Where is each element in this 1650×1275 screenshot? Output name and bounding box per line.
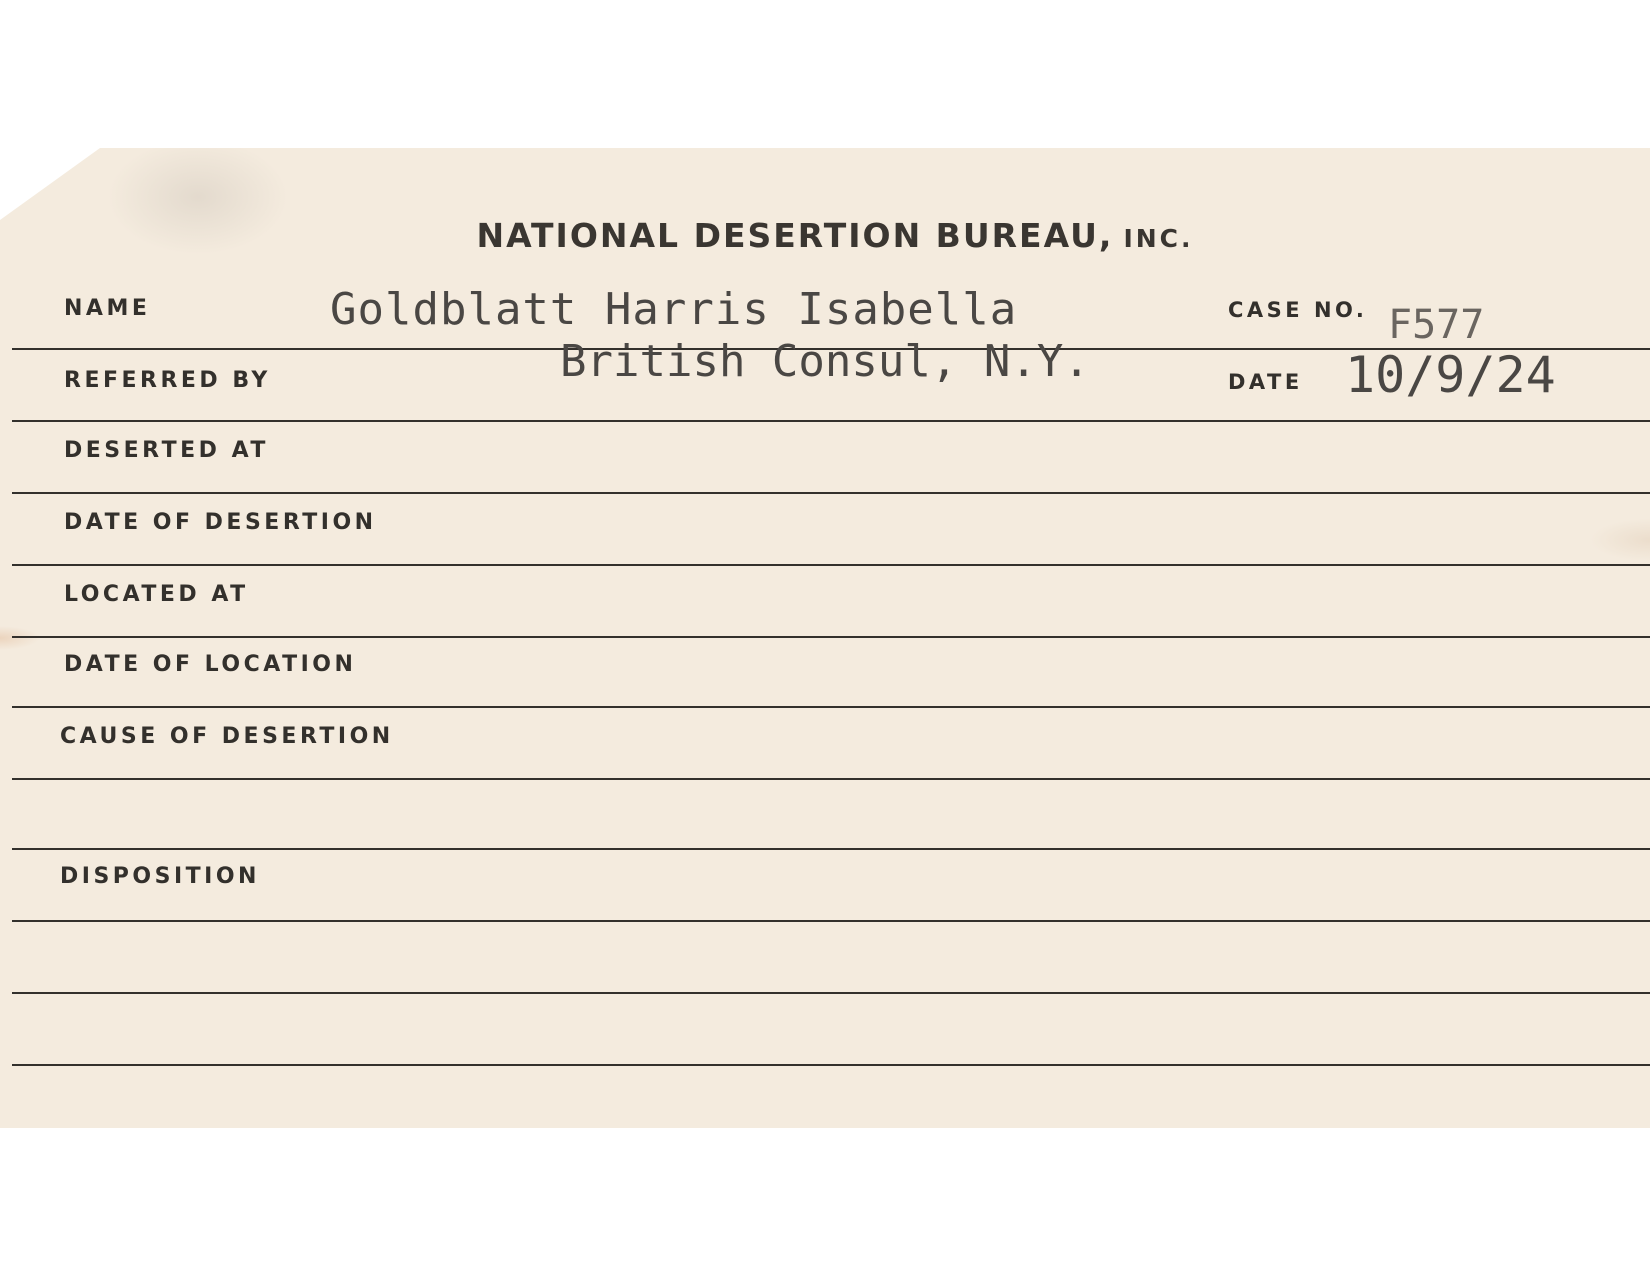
name-value: Goldblatt Harris Isabella: [330, 284, 1017, 335]
cause-of-desertion-rule: [12, 778, 1650, 780]
case-no-value: F577: [1388, 302, 1484, 348]
card-title: NATIONAL DESERTION BUREAU,INC.: [0, 216, 1650, 255]
cause-of-desertion-label: CAUSE OF DESERTION: [60, 724, 394, 749]
referred-by-value: British Consul, N.Y.: [560, 336, 1090, 387]
cause-of-desertion-extra-rule: [12, 848, 1650, 850]
located-at-rule: [12, 636, 1650, 638]
referred-by-rule: [12, 420, 1650, 422]
case-no-label: CASE NO.: [1228, 298, 1367, 322]
date-label: DATE: [1228, 370, 1303, 394]
index-card: NATIONAL DESERTION BUREAU,INC. NAME Gold…: [0, 148, 1650, 1128]
deserted-at-label: DESERTED AT: [64, 438, 269, 463]
date-of-desertion-label: DATE OF DESERTION: [64, 510, 377, 535]
located-at-label: LOCATED AT: [64, 582, 249, 607]
bureau-suffix: INC.: [1123, 224, 1193, 253]
referred-by-label: REFERRED BY: [64, 368, 271, 393]
date-of-location-label: DATE OF LOCATION: [64, 652, 356, 677]
bureau-name: NATIONAL DESERTION BUREAU,: [476, 216, 1113, 255]
name-label: NAME: [64, 296, 150, 321]
disposition-extra-rule-2: [12, 1064, 1650, 1066]
disposition-extra-rule-1: [12, 992, 1650, 994]
disposition-label: DISPOSITION: [60, 864, 260, 889]
date-of-desertion-rule: [12, 564, 1650, 566]
disposition-rule: [12, 920, 1650, 922]
deserted-at-rule: [12, 492, 1650, 494]
date-of-location-rule: [12, 706, 1650, 708]
date-value: 10/9/24: [1345, 346, 1556, 404]
